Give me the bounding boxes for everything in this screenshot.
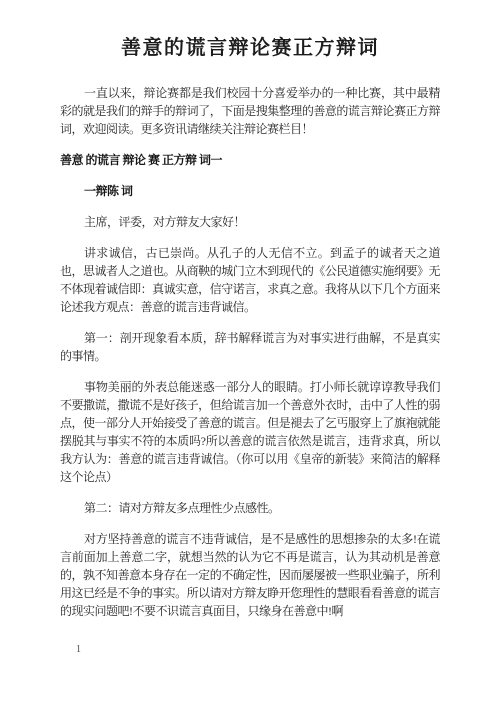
point-two-body-paragraph: 对方坚持善意的谎言不违背诚信，是不是感性的思想掺杂的太多!在谎言前面加上善意二字…	[60, 530, 440, 620]
document-title: 善意的谎言辩论赛正方辩词	[60, 34, 440, 62]
point-one-body-paragraph: 事物美丽的外表总能迷惑一部分人的眼睛。打小师长就谆谆教导我们不要撒谎，撒谎不是好…	[60, 378, 440, 486]
section-one-heading: 善意 的谎言 辩论 赛 正方辩 词一	[60, 151, 440, 169]
first-speaker-heading: 一辩陈 词	[60, 182, 440, 200]
point-one-paragraph: 第一：剖开现象看本质，辞书解释谎言为对事实进行曲解，不是真实的事情。	[60, 329, 440, 365]
document-title-text: 善意的谎言辩论赛正方辩词	[121, 37, 379, 59]
intro-paragraph: 一直以来，辩论赛都是我们校园十分喜爱举办的一种比赛，其中最精彩的就是我们的辩手的…	[60, 84, 440, 138]
page-number: 1	[76, 643, 81, 657]
greeting-paragraph: 主席，评委，对方辩友大家好！	[60, 213, 440, 231]
opening-argument-paragraph: 讲求诚信，古已崇尚。从孔子的人无信不立。到孟子的诚者天之道也，思诚者人之道也。从…	[60, 244, 440, 316]
point-two-paragraph: 第二：请对方辩友多点理性少点感性。	[60, 499, 440, 517]
document-page: 善意的谎言辩论赛正方辩词 一直以来，辩论赛都是我们校园十分喜爱举办的一种比赛，其…	[0, 0, 500, 707]
